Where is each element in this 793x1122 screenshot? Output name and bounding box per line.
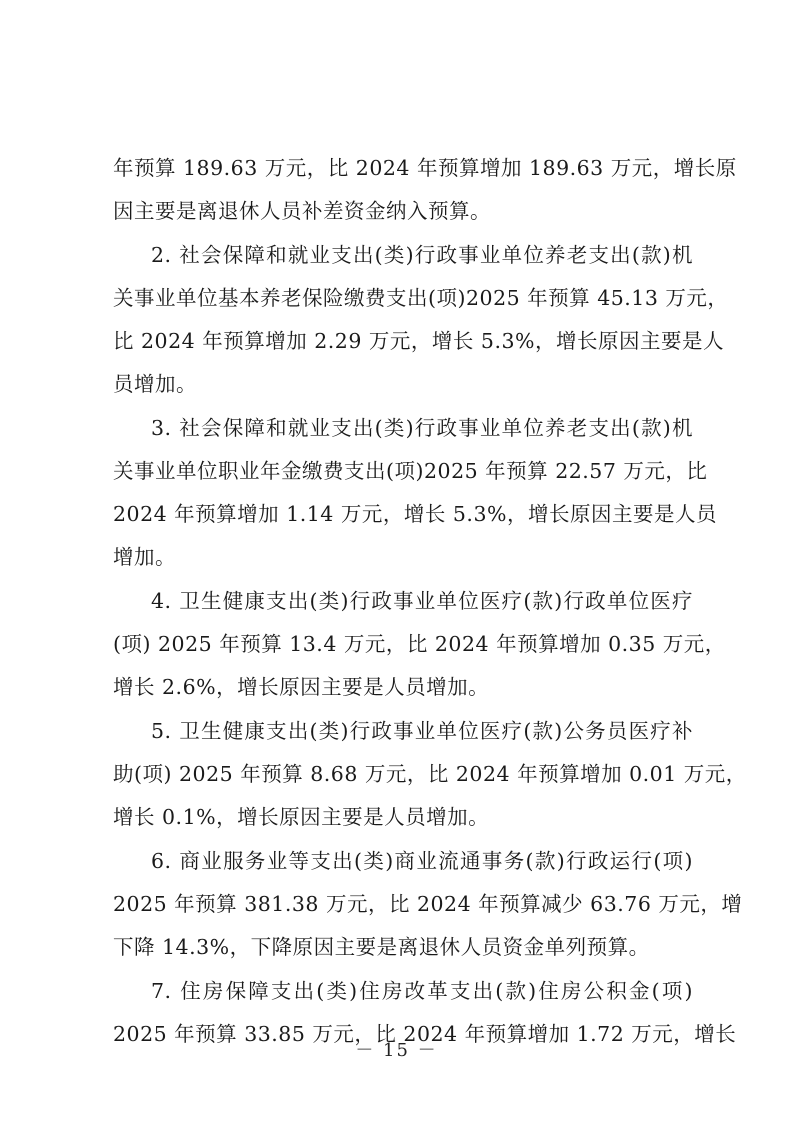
paragraph-line: 增长 2.6%，增长原因主要是人员增加。 (113, 672, 693, 702)
paragraph-line: 增长 0.1%，增长原因主要是人员增加。 (113, 802, 693, 832)
paragraph-line: 比 2024 年预算增加 2.29 万元，增长 5.3%，增长原因主要是人 (113, 326, 693, 356)
paragraph-first-line: 5. 卫生健康支出(类)行政事业单位医疗(款)公务员医疗补 (151, 716, 693, 746)
paragraph-line: 关事业单位职业年金缴费支出(项)2025 年预算 22.57 万元，比 (113, 456, 693, 486)
paragraph-first-line: 3. 社会保障和就业支出(类)行政事业单位养老支出(款)机 (151, 413, 693, 443)
page-number: － 15 － (0, 1036, 793, 1062)
paragraph-line: 关事业单位基本养老保险缴费支出(项)2025 年预算 45.13 万元， (113, 283, 693, 313)
paragraph-first-line: 2. 社会保障和就业支出(类)行政事业单位养老支出(款)机 (151, 240, 693, 270)
paragraph-first-line: 6. 商业服务业等支出(类)商业流通事务(款)行政运行(项) (151, 846, 693, 876)
paragraph-line: (项) 2025 年预算 13.4 万元，比 2024 年预算增加 0.35 万… (113, 629, 693, 659)
paragraph-line: 因主要是离退休人员补差资金纳入预算。 (113, 196, 693, 226)
paragraph-first-line: 7. 住房保障支出(类)住房改革支出(款)住房公积金(项) (151, 976, 693, 1006)
paragraph-first-line: 4. 卫生健康支出(类)行政事业单位医疗(款)行政单位医疗 (151, 586, 693, 616)
paragraph-line: 年预算 189.63 万元，比 2024 年预算增加 189.63 万元，增长原 (113, 153, 693, 183)
paragraph-line: 员增加。 (113, 369, 693, 399)
paragraph-line: 增加。 (113, 542, 693, 572)
paragraph-line: 助(项) 2025 年预算 8.68 万元，比 2024 年预算增加 0.01 … (113, 759, 693, 789)
paragraph-line: 下降 14.3%，下降原因主要是离退休人员资金单列预算。 (113, 932, 693, 962)
document-page: 年预算 189.63 万元，比 2024 年预算增加 189.63 万元，增长原… (0, 0, 793, 1122)
paragraph-line: 2024 年预算增加 1.14 万元，增长 5.3%，增长原因主要是人员 (113, 499, 693, 529)
paragraph-line: 2025 年预算 381.38 万元，比 2024 年预算减少 63.76 万元… (113, 889, 693, 919)
